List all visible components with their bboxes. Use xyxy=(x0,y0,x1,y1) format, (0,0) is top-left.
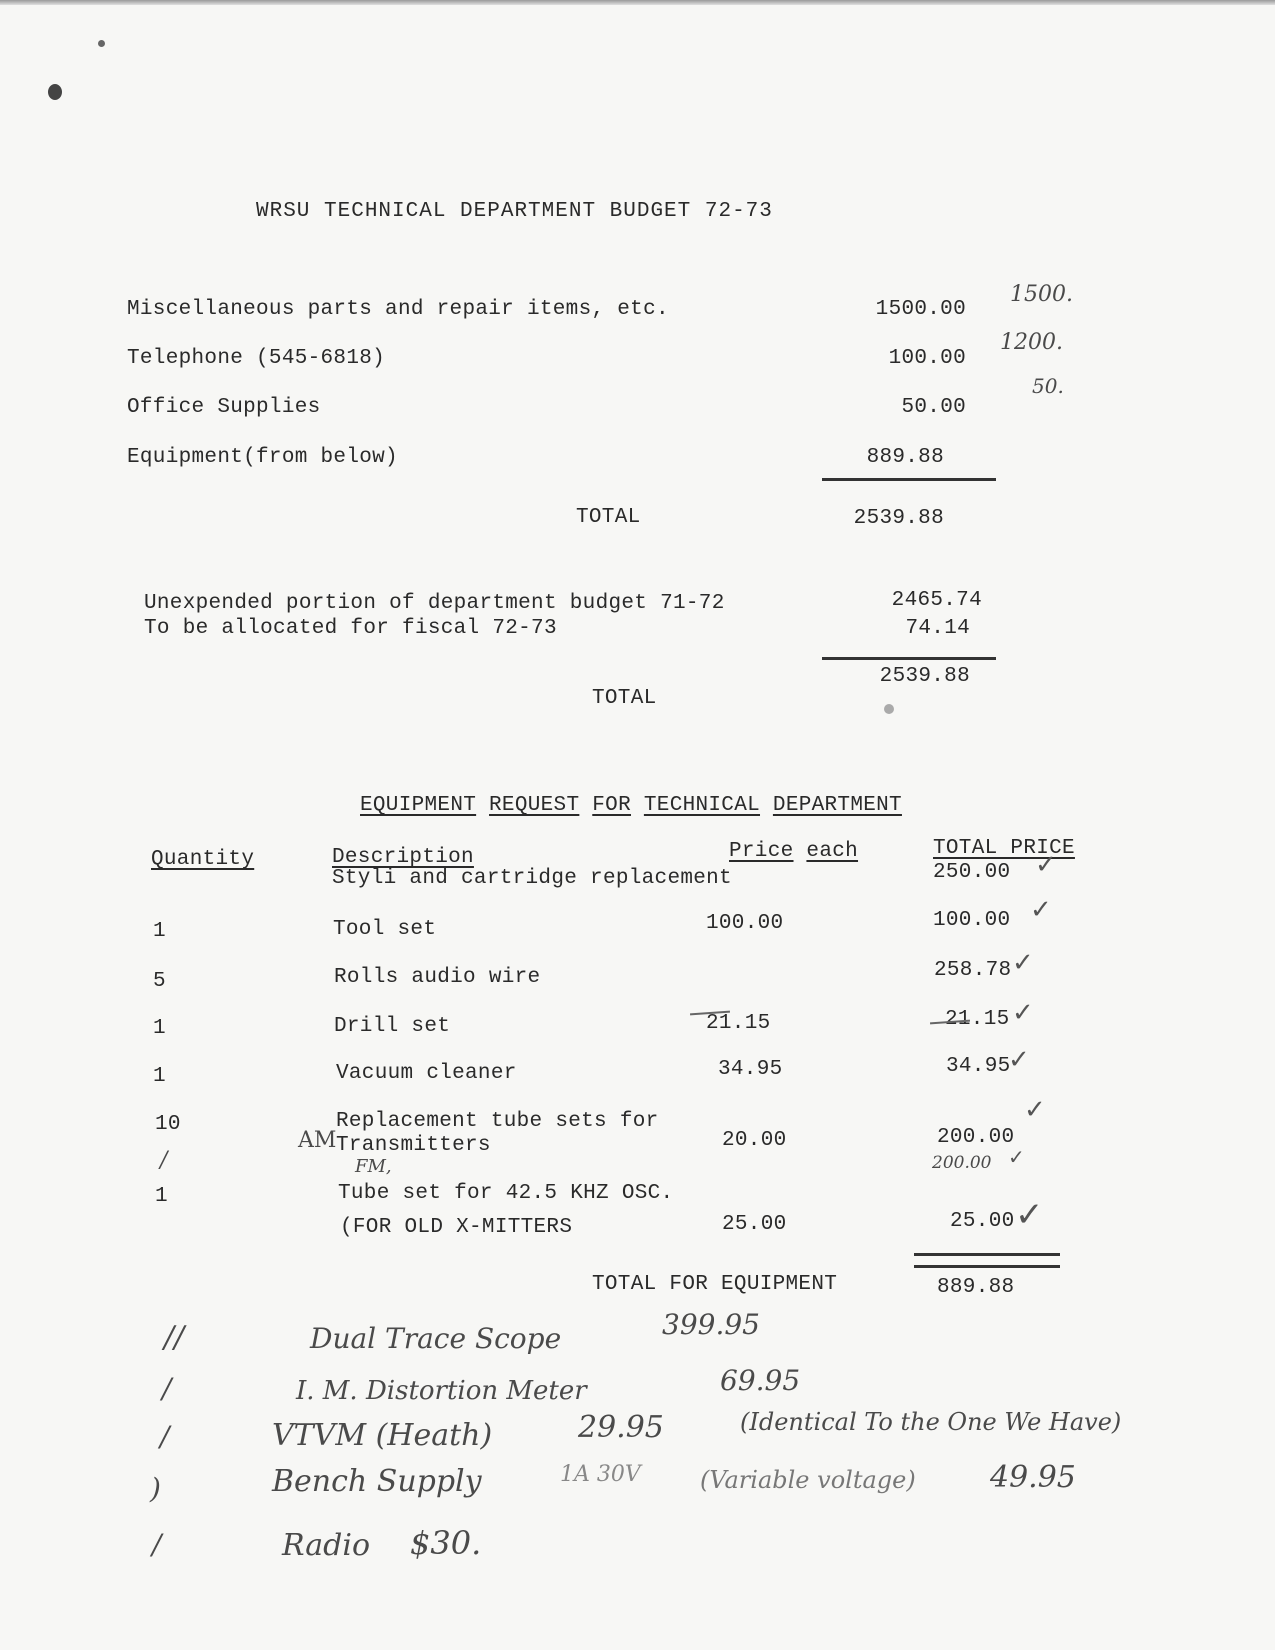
row-qty: 5 xyxy=(153,970,166,993)
funding-item-amount: 74.14 xyxy=(860,617,970,640)
handwritten-mark: / xyxy=(160,1420,169,1453)
budget-item-amount: 1500.00 xyxy=(840,298,966,321)
budget-item-label: Office Supplies xyxy=(127,396,321,419)
paper-speck xyxy=(48,84,62,100)
funding-total-label: TOTAL xyxy=(592,687,657,710)
row-description: Tool set xyxy=(333,918,436,941)
checkmark-icon: ✓ xyxy=(1008,1045,1030,1075)
handwritten-item: VTVM (Heath) xyxy=(272,1418,492,1453)
double-rule-top xyxy=(914,1253,1060,1256)
handwritten-mark: // xyxy=(164,1320,184,1355)
funding-item-amount: 2465.74 xyxy=(860,589,982,612)
handwritten-item: Radio xyxy=(282,1528,370,1563)
heading-word: TECHNICAL xyxy=(644,794,760,817)
row-description-cont: Transmitters xyxy=(336,1134,491,1157)
checkmark-icon: ✓ xyxy=(1024,1095,1046,1125)
handwritten-annotation-fm: FM, xyxy=(355,1156,392,1177)
checkmark-icon: ✓ xyxy=(1030,895,1052,925)
row-total: 21.15 xyxy=(945,1008,1010,1031)
funding-total-amount: 2539.88 xyxy=(860,665,970,688)
document-title: WRSU TECHNICAL DEPARTMENT BUDGET 72-73 xyxy=(256,200,773,223)
handwritten-mark: / xyxy=(162,1372,171,1405)
checkmark-icon: ✓ xyxy=(1008,1145,1025,1169)
row-price: 25.00 xyxy=(722,1213,787,1236)
row-qty: 10 xyxy=(155,1113,181,1136)
row-total: 250.00 xyxy=(933,861,1010,884)
checkmark-icon: ✓ xyxy=(1035,850,1057,880)
handwritten-price: 29.95 xyxy=(578,1410,664,1445)
checkmark-icon: ✓ xyxy=(1012,948,1034,978)
row-total: 200.00 xyxy=(937,1126,1014,1149)
row-total: 25.00 xyxy=(950,1210,1015,1233)
budget-total-amount: 2539.88 xyxy=(840,507,944,530)
handwritten-item: Bench Supply xyxy=(272,1464,482,1499)
row-total: 100.00 xyxy=(933,909,1010,932)
heading-word: EQUIPMENT xyxy=(360,794,476,817)
budget-item-label: Telephone (545-6818) xyxy=(127,347,385,370)
equipment-heading: EQUIPMENT REQUEST FOR TECHNICAL DEPARTME… xyxy=(360,794,902,817)
row-qty: 1 xyxy=(155,1185,168,1208)
row-description: Drill set xyxy=(334,1015,450,1038)
handwritten-mark: / xyxy=(152,1528,161,1561)
page-top-edge xyxy=(0,0,1275,5)
row-description: Rolls audio wire xyxy=(334,966,540,989)
row-price: 100.00 xyxy=(706,912,783,935)
handwritten-annotation: 50. xyxy=(1032,374,1064,398)
handwritten-annotation-total: 200.00 xyxy=(932,1153,991,1173)
row-description: Tube set for 42.5 KHZ OSC. xyxy=(338,1182,673,1205)
budget-item-amount: 889.88 xyxy=(840,446,944,469)
checkmark-icon: ✓ xyxy=(1015,1195,1044,1235)
row-description: Styli and cartridge replacement xyxy=(332,867,732,890)
sum-rule xyxy=(822,478,996,481)
row-price: 34.95 xyxy=(718,1058,783,1081)
budget-item-amount: 100.00 xyxy=(840,347,966,370)
sum-rule xyxy=(822,657,996,660)
handwritten-price: 399.95 xyxy=(662,1308,760,1341)
heading-word: DEPARTMENT xyxy=(773,794,902,817)
row-price: 21.15 xyxy=(706,1012,771,1035)
handwritten-mark: ) xyxy=(150,1472,161,1505)
handwritten-annotation: 1500. xyxy=(1010,282,1073,307)
handwritten-spec: 1A 30V xyxy=(560,1462,641,1487)
handwritten-annotation-am: AM xyxy=(298,1128,336,1153)
row-description: Vacuum cleaner xyxy=(336,1062,517,1085)
handwritten-note: (Variable voltage) xyxy=(700,1466,916,1494)
handwritten-price: $30. xyxy=(410,1524,481,1562)
column-header-price-each: Price each xyxy=(729,840,858,863)
row-total: 258.78 xyxy=(934,959,1011,982)
budget-item-label: Miscellaneous parts and repair items, et… xyxy=(127,298,669,321)
budget-item-amount: 50.00 xyxy=(840,396,966,419)
row-description: Replacement tube sets for xyxy=(336,1110,659,1133)
paper-speck xyxy=(98,40,105,47)
double-rule-bottom xyxy=(914,1265,1060,1268)
row-qty: 1 xyxy=(153,1017,166,1040)
handwritten-note: (Identical To the One We Have) xyxy=(740,1408,1121,1436)
row-qty: 1 xyxy=(153,1065,166,1088)
budget-item-label: Equipment(from below) xyxy=(127,446,398,469)
row-description-cont: (FOR OLD X-MITTERS xyxy=(340,1216,572,1239)
row-price: 20.00 xyxy=(722,1129,787,1152)
funding-item-label: To be allocated for fiscal 72-73 xyxy=(144,617,557,640)
handwritten-annotation-qty: / xyxy=(160,1148,167,1173)
equipment-total-amount: 889.88 xyxy=(937,1276,1014,1299)
handwritten-price: 69.95 xyxy=(720,1364,800,1397)
heading-word: FOR xyxy=(592,794,631,817)
checkmark-icon: ✓ xyxy=(1012,998,1034,1028)
handwritten-price: 49.95 xyxy=(990,1460,1076,1495)
column-header-quantity: Quantity xyxy=(151,848,254,871)
budget-total-label: TOTAL xyxy=(576,506,641,529)
paper-speck xyxy=(884,704,894,714)
heading-word: REQUEST xyxy=(489,794,579,817)
handwritten-item: Dual Trace Scope xyxy=(310,1322,561,1355)
handwritten-item: I. M. Distortion Meter xyxy=(296,1376,587,1406)
handwritten-annotation: 1200. xyxy=(1000,330,1063,355)
column-header-description: Description xyxy=(332,846,474,869)
funding-item-label: Unexpended portion of department budget … xyxy=(144,592,725,615)
equipment-total-label: TOTAL FOR EQUIPMENT xyxy=(592,1273,837,1296)
row-total: 34.95 xyxy=(946,1055,1011,1078)
row-qty: 1 xyxy=(153,920,166,943)
